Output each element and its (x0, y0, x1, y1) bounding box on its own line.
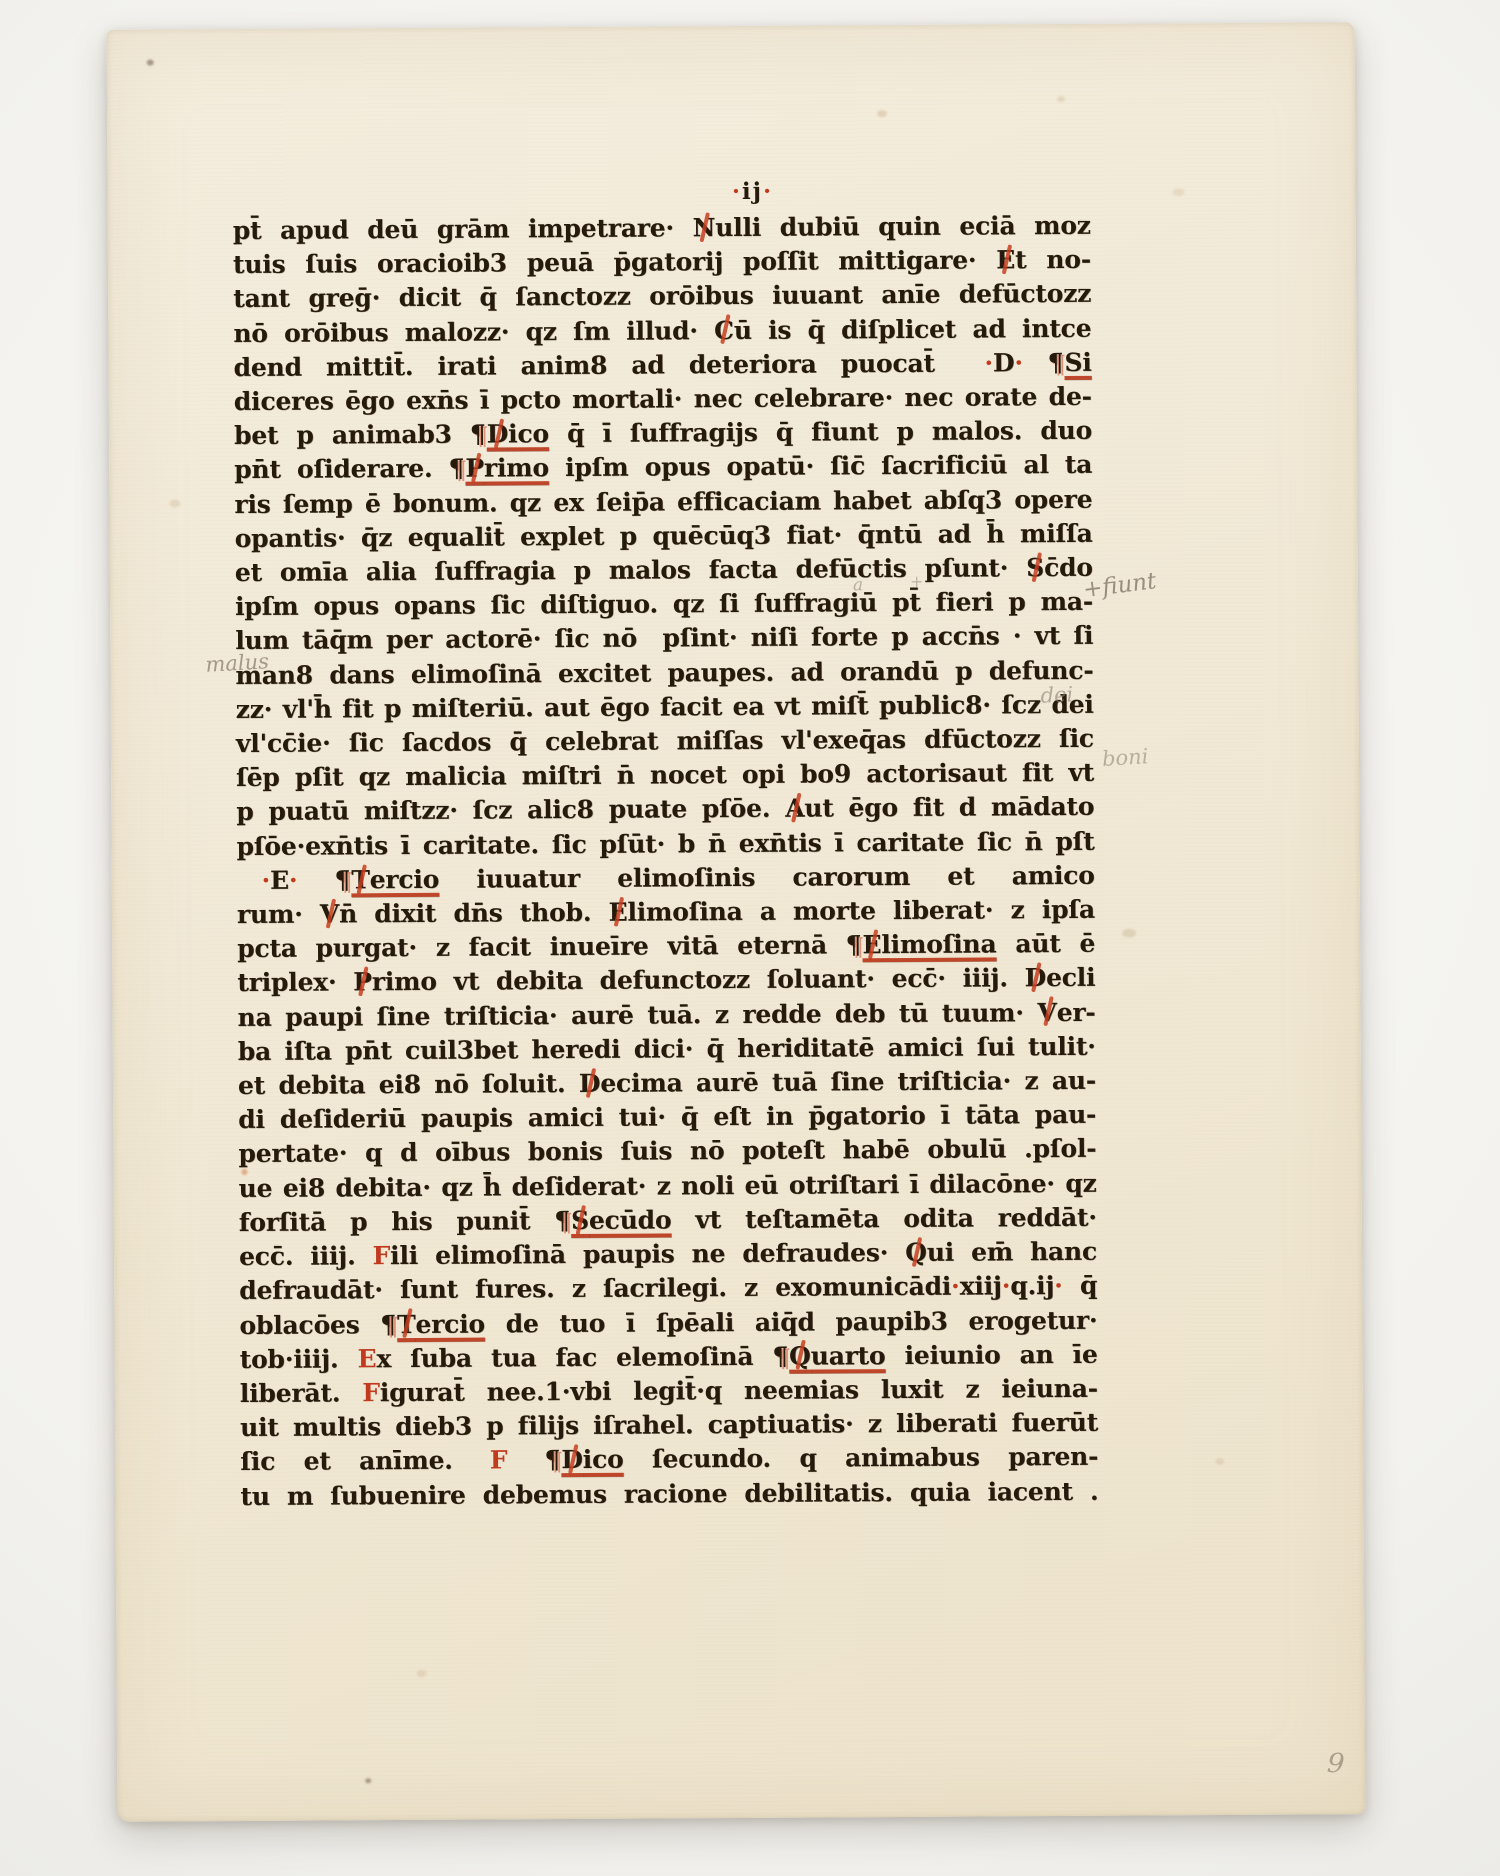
text-line: di deſideriū paupis amici tui· q̄ eſt in… (238, 1098, 1096, 1137)
text-segment: ico (508, 419, 549, 448)
text-segment: E (996, 243, 1015, 277)
text-segment: ui em̄ hanc (927, 1237, 1097, 1267)
text-segment: uarto (811, 1341, 886, 1370)
text-segment: de tuo ī ſpēali aiq̄d paupib3 erogetur· (485, 1305, 1098, 1338)
text-segment: ico (583, 1445, 624, 1474)
text-segment: D (993, 348, 1015, 377)
text-segment: ecūdo (589, 1205, 672, 1235)
text-line: opantis· q̄z equalit̄ explet p quēcūq3 f… (235, 517, 1093, 556)
printed-text-block: pt̄ apud deū grām impetrare· Nulli dubiū… (233, 209, 1099, 1514)
foxing-spot (365, 1778, 371, 1783)
text-segment: man8 dans elimoſinā excitet paupes. ad o… (235, 655, 1093, 689)
text-segment: nō orōibus malozz· qz ſm illud· (233, 316, 714, 348)
text-segment: ue ei8 debita· qz h̄ deſiderat· z noli e… (239, 1168, 1097, 1202)
text-line: bet p animab3 ¶Dico q̄ ī ſuffragijs q̄ f… (234, 414, 1092, 453)
text-segment: pſōe·exn̄tis ī caritate. ſic pſūt· b n̄ … (236, 826, 1094, 860)
text-segment: ipſm opus opans ſic diſtiguo. qz ſi ſuff… (235, 587, 1093, 621)
marginal-note: 9 (1326, 1748, 1346, 1780)
text-line: defraudāt· ſunt fures. z ſacrilegi. z ex… (239, 1269, 1097, 1308)
text-segment: C (714, 314, 734, 348)
text-segment: T (351, 863, 370, 897)
text-segment: zz· vl'h̄ fit p miſteriū. aut ēgo facit … (236, 690, 1094, 724)
rubricated-text: · (1054, 1271, 1063, 1300)
text-segment: E (270, 866, 289, 895)
text-segment: et omīa alia ſuffragia p malos facta def… (235, 553, 1027, 587)
rubricated-text: · (1002, 1272, 1011, 1301)
text-segment: S (571, 1204, 589, 1238)
pilcrow-mark: ¶ (449, 454, 466, 483)
pilcrow-mark: ¶ (470, 420, 487, 449)
foxing-spot (1122, 929, 1136, 938)
text-line: dend mittit̄. irati anim8 ad deteriora p… (234, 346, 1092, 385)
text-segment: ulli dubiū quin eciā moz (715, 211, 1091, 242)
text-segment: limoſina (881, 930, 996, 960)
text-line: lum tāq̄m per actorē· ſic nō pſint· niſi… (235, 619, 1093, 658)
text-segment: D (579, 1067, 601, 1101)
pilcrow-mark: ¶ (772, 1341, 789, 1370)
text-segment: tob·iiij. (240, 1344, 358, 1374)
text-segment: S (1026, 551, 1044, 585)
text-segment: et debita ei8 nō ſoluit. (238, 1069, 579, 1100)
text-segment: ut ēgo fit d mādato (804, 792, 1094, 823)
text-line: diceres ēgo exn̄s ī pcto mortali· nec ce… (234, 380, 1092, 419)
rubricated-text: E (357, 1344, 376, 1373)
rubricated-text: · (763, 178, 773, 205)
text-segment: ecima aurē tuā ſine triſticia· z au- (600, 1066, 1096, 1098)
text-segment: vt teſtamēta odita reddāt· (671, 1203, 1097, 1235)
text-segment: opantis· q̄z equalit̄ explet p quēcūq3 f… (235, 519, 1093, 553)
pilcrow-mark: ¶ (1048, 348, 1065, 377)
text-line: et debita ei8 nō ſoluit. Decima aurē tuā… (238, 1064, 1096, 1103)
pilcrow-mark: ¶ (380, 1310, 397, 1339)
text-line: ba iſta pn̄t cuil3bet heredi dici· q̄ he… (238, 1030, 1096, 1069)
text-segment: c̄do (1044, 553, 1093, 582)
text-segment: rum· (237, 900, 320, 930)
text-line: ſic et anīme. F ¶Dico ſecundo. q animabu… (240, 1440, 1098, 1479)
text-segment (507, 1445, 544, 1474)
rubricated-text: F (362, 1378, 380, 1407)
marginal-note: boni (1101, 744, 1149, 771)
text-segment: ij (742, 178, 763, 205)
text-line: ſēp pſit qz malicia miſtri n̄ nocet opi … (236, 756, 1094, 795)
text-segment: ipſm opus opatū· ſic̄ ſacrificiū al ta (549, 450, 1092, 482)
text-segment: ecc̄. iiij. (239, 1241, 373, 1271)
pilcrow-mark: ¶ (334, 865, 351, 894)
text-segment: n̄ dixit dn̄s thob. (339, 898, 609, 929)
text-line: uit multis dieb3 p filijs iſrahel. capti… (240, 1406, 1098, 1445)
rubricated-text: · (289, 866, 298, 895)
text-segment: q̄ ī ſuffragijs q̄ fiunt p malos. duo (549, 416, 1092, 448)
text-segment: vl'cc̄ie· ſic ſacdos q̄ celebrat miſſas … (236, 724, 1094, 758)
text-segment: xiij (960, 1272, 1002, 1301)
text-segment: P (353, 966, 372, 1000)
text-segment: N (693, 211, 716, 245)
text-line: ris ſemp ē bonum. qz ex ſeip̄a efficacia… (234, 482, 1092, 521)
foxing-spot (1215, 1458, 1224, 1465)
text-line: ·E· ¶Tercio iuuatur elimoſinis carorum e… (237, 859, 1095, 898)
foxing-spot (1057, 96, 1065, 102)
text-segment: defraudāt· ſunt fures. z ſacrilegi. z ex… (239, 1272, 951, 1305)
text-segment: T (397, 1307, 416, 1341)
text-segment: D (1024, 962, 1046, 996)
text-line: pcta purgat· z facit inueīre vitā eternā… (237, 927, 1095, 966)
text-segment: ercio (370, 865, 440, 894)
text-segment: diceres ēgo exn̄s ī pcto mortali· nec ce… (234, 382, 1092, 416)
pilcrow-mark: ¶ (846, 930, 863, 959)
text-line: man8 dans elimoſinā excitet paupes. ad o… (235, 653, 1093, 692)
text-segment: D (487, 418, 509, 452)
text-segment: P (465, 452, 484, 486)
foxing-spot (169, 499, 180, 507)
text-segment: ecli (1046, 963, 1096, 992)
text-segment: tu m ſubuenire debemus racione debilitat… (240, 1476, 1098, 1510)
text-segment: ili elimoſinā paupis ne defraudes· (390, 1238, 905, 1270)
text-segment (453, 1446, 490, 1475)
text-segment: rimo vt debita defunctozz ſoluant· ecc̄·… (372, 964, 1025, 997)
text-line: zz· vl'h̄ fit p miſteriū. aut ēgo facit … (236, 688, 1094, 727)
text-segment: ū is q̄ diſplicet ad intce (734, 313, 1092, 344)
text-line: pt̄ apud deū grām impetrare· Nulli dubiū… (233, 209, 1091, 248)
text-segment: E (862, 928, 881, 962)
rubricated-text: F (490, 1446, 508, 1475)
text-segment: di deſideriū paupis amici tui· q̄ eſt in… (238, 1100, 1096, 1134)
text-line: oblacōes ¶Tercio de tuo ī ſpēali aiq̄d p… (239, 1303, 1097, 1342)
text-segment: ſēp pſit qz malicia miſtri n̄ nocet opi … (236, 758, 1094, 792)
text-segment: ieiunio an īe (885, 1340, 1097, 1370)
text-segment: tant greḡ· dicit q̄ ſanctozz orōibus iuu… (233, 279, 1091, 313)
folio-number: ·ij· (692, 178, 812, 206)
foxing-spot (877, 110, 887, 117)
text-line: ipſm opus opans ſic diſtiguo. qz ſi ſuff… (235, 585, 1093, 624)
text-segment: aūt ē (996, 929, 1095, 959)
text-segment: ercio (415, 1309, 485, 1338)
text-segment: tuis ſuis oracioib3 peuā p̄gatorij poſſi… (233, 246, 996, 280)
text-segment: pcta purgat· z facit inueīre vitā eternā (237, 931, 846, 964)
text-segment: uit multis dieb3 p filijs iſrahel. capti… (240, 1408, 1098, 1442)
text-line: na paupi ſine triſticia· aurē tuā. z red… (237, 995, 1095, 1034)
text-line: forſitā p his punit̄ ¶Secūdo vt teſtamēt… (239, 1201, 1097, 1240)
rubricated-text: F (372, 1241, 390, 1270)
text-segment: limoſina a morte liberat· z ipſa (627, 895, 1095, 927)
text-segment: lum tāq̄m per actorē· ſic nō pſint· niſi… (235, 621, 1093, 655)
text-segment: q̄ (1063, 1271, 1098, 1300)
text-line: p puatū miſtzz· ſcz alic8 puate pſōe. Au… (236, 790, 1094, 829)
text-segment: ſic et anīme. (240, 1446, 453, 1476)
text-line: pertate· q d oībus bonis ſuis nō poteſt … (238, 1132, 1096, 1171)
text-segment: pn̄t oſiderare. (234, 454, 449, 484)
text-segment: bet p animab3 (234, 420, 470, 450)
pilcrow-mark: ¶ (554, 1206, 571, 1235)
text-line: tant greḡ· dicit q̄ ſanctozz orōibus iuu… (233, 277, 1091, 316)
text-segment (297, 865, 334, 894)
text-line: ue ei8 debita· qz h̄ deſiderat· z noli e… (239, 1166, 1097, 1205)
text-segment: p puatū miſtzz· ſcz alic8 puate pſōe. (236, 794, 785, 826)
marginalia-layer: malus+fiunta+deiboni9 (107, 22, 1355, 30)
text-line: ecc̄. iiij. Fili elimoſinā paupis ne def… (239, 1235, 1097, 1274)
text-segment: D (561, 1443, 583, 1477)
text-segment: Q (789, 1339, 811, 1373)
text-segment: x ſuba tua fac elemoſinā (376, 1341, 772, 1372)
foxing-spot (417, 1670, 427, 1677)
text-segment: Q (905, 1236, 927, 1270)
text-segment: ſecundo. q animabus paren- (623, 1442, 1098, 1474)
text-segment: iuuatur elimoſinis carorum et amico (439, 861, 1095, 894)
text-segment: pertate· q d oībus bonis ſuis nō poteſt … (238, 1134, 1096, 1168)
text-line: liberāt. Figurat̄ nee.1·vbi legit̄·q nee… (240, 1372, 1098, 1411)
foxing-spots-layer (107, 22, 1355, 30)
text-segment: igurat̄ nee.1·vbi legit̄·q neemias luxit… (380, 1374, 1098, 1407)
foxing-spot (147, 60, 154, 66)
text-segment: forſitā p his punit̄ (239, 1206, 555, 1237)
text-segment: t no- (1015, 245, 1091, 274)
text-segment: ba iſta pn̄t cuil3bet heredi dici· q̄ he… (238, 1032, 1096, 1066)
pilcrow-mark: ¶ (544, 1445, 561, 1474)
text-segment: E (608, 896, 627, 930)
text-segment: liberāt. (240, 1378, 363, 1408)
text-segment: er- (1057, 997, 1096, 1026)
text-line: pn̄t oſiderare. ¶Primo ipſm opus opatū· … (234, 448, 1092, 487)
text-line: tuis ſuis oracioib3 peuā p̄gatorij poſſi… (233, 243, 1091, 282)
text-segment: ris ſemp ē bonum. qz ex ſeip̄a efficacia… (234, 484, 1092, 518)
text-line: triplex· Primo vt debita defunctozz ſolu… (237, 961, 1095, 1000)
foxing-spot (1173, 188, 1185, 196)
text-line: pſōe·exn̄tis ī caritate. ſic pſūt· b n̄ … (236, 824, 1094, 863)
text-segment: pt̄ apud deū grām impetrare· (233, 213, 693, 245)
text-segment (1023, 348, 1048, 377)
text-segment: Si (1064, 348, 1091, 377)
foxing-spot (241, 1169, 247, 1175)
text-line: rum· Vn̄ dixit dn̄s thob. Elimoſina a mo… (237, 893, 1095, 932)
text-line: et omīa alia ſuffragia p malos facta def… (235, 551, 1093, 590)
text-line: tob·iiij. Ex ſuba tua fac elemoſinā ¶Qua… (240, 1338, 1098, 1377)
text-segment: na paupi ſine triſticia· aurē tuā. z red… (237, 998, 1037, 1032)
text-segment: triplex· (237, 968, 353, 998)
incunable-page: ·ij· pt̄ apud deū grām impetrare· Nulli … (107, 22, 1366, 1822)
photo-background: ·ij· pt̄ apud deū grām impetrare· Nulli … (0, 0, 1500, 1876)
text-segment: rimo (484, 454, 549, 483)
text-segment: dend mittit̄. irati anim8 ad deteriora p… (234, 349, 935, 382)
text-line: tu m ſubuenire debemus racione debilitat… (240, 1474, 1098, 1513)
text-line: vl'cc̄ie· ſic ſacdos q̄ celebrat miſſas … (236, 722, 1094, 761)
text-segment (935, 348, 985, 377)
text-segment: V (320, 897, 339, 931)
text-segment: oblacōes (239, 1310, 380, 1340)
text-segment: V (1037, 996, 1056, 1030)
text-segment (237, 866, 262, 895)
text-line: nō orōibus malozz· qz ſm illud· Cū is q̄… (233, 311, 1091, 350)
text-segment: A (785, 792, 804, 826)
text-segment: q.ij (1010, 1271, 1054, 1300)
